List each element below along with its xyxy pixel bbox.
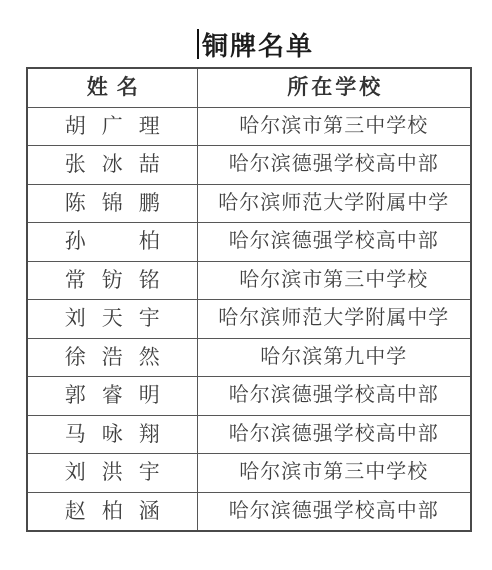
- table-body: 胡广理 哈尔滨市第三中学校 张冰喆 哈尔滨德强学校高中部 陈锦鹏 哈尔滨师范大学…: [27, 107, 471, 531]
- school-cell[interactable]: 哈尔滨市第三中学校: [197, 261, 471, 300]
- page-title: 铜牌名单: [202, 26, 314, 63]
- name-cell[interactable]: 陈锦鹏: [27, 184, 197, 223]
- name-cell[interactable]: 马咏翔: [27, 415, 197, 454]
- table-row: 赵柏涵 哈尔滨德强学校高中部: [27, 492, 471, 531]
- table-row: 张冰喆 哈尔滨德强学校高中部: [27, 146, 471, 185]
- name-cell[interactable]: 郭睿明: [27, 377, 197, 416]
- school-cell[interactable]: 哈尔滨第九中学: [197, 338, 471, 377]
- school-cell[interactable]: 哈尔滨德强学校高中部: [197, 377, 471, 416]
- table-row: 陈锦鹏 哈尔滨师范大学附属中学: [27, 184, 471, 223]
- title-line[interactable]: 铜牌名单: [197, 27, 314, 61]
- document-page: { "title": "铜牌名单", "table": { "columns":…: [0, 0, 492, 570]
- text-cursor: [197, 29, 199, 59]
- table-row: 马咏翔 哈尔滨德强学校高中部: [27, 415, 471, 454]
- table-row: 徐浩然 哈尔滨第九中学: [27, 338, 471, 377]
- school-cell[interactable]: 哈尔滨德强学校高中部: [197, 223, 471, 262]
- name-cell[interactable]: 胡广理: [27, 107, 197, 146]
- name-cell[interactable]: 常钫铭: [27, 261, 197, 300]
- name-cell[interactable]: 赵柏涵: [27, 492, 197, 531]
- table-row: 常钫铭 哈尔滨市第三中学校: [27, 261, 471, 300]
- medal-table: 姓名 所在学校 胡广理 哈尔滨市第三中学校 张冰喆 哈尔滨德强学校高中部 陈锦鹏…: [26, 67, 472, 532]
- col-header-school[interactable]: 所在学校: [197, 68, 471, 107]
- table-row: 刘天宇 哈尔滨师范大学附属中学: [27, 300, 471, 339]
- name-cell[interactable]: 徐浩然: [27, 338, 197, 377]
- school-cell[interactable]: 哈尔滨市第三中学校: [197, 454, 471, 493]
- col-header-name[interactable]: 姓名: [27, 68, 197, 107]
- name-cell[interactable]: 刘洪宇: [27, 454, 197, 493]
- school-cell[interactable]: 哈尔滨市第三中学校: [197, 107, 471, 146]
- header-row: 姓名 所在学校: [27, 68, 471, 107]
- school-cell[interactable]: 哈尔滨师范大学附属中学: [197, 184, 471, 223]
- table-row: 郭睿明 哈尔滨德强学校高中部: [27, 377, 471, 416]
- name-cell[interactable]: 张冰喆: [27, 146, 197, 185]
- school-cell[interactable]: 哈尔滨德强学校高中部: [197, 146, 471, 185]
- school-cell[interactable]: 哈尔滨德强学校高中部: [197, 415, 471, 454]
- school-cell[interactable]: 哈尔滨德强学校高中部: [197, 492, 471, 531]
- table-row: 孙 柏 哈尔滨德强学校高中部: [27, 223, 471, 262]
- name-cell[interactable]: 孙 柏: [27, 223, 197, 262]
- table-row: 胡广理 哈尔滨市第三中学校: [27, 107, 471, 146]
- name-cell[interactable]: 刘天宇: [27, 300, 197, 339]
- table-row: 刘洪宇 哈尔滨市第三中学校: [27, 454, 471, 493]
- school-cell[interactable]: 哈尔滨师范大学附属中学: [197, 300, 471, 339]
